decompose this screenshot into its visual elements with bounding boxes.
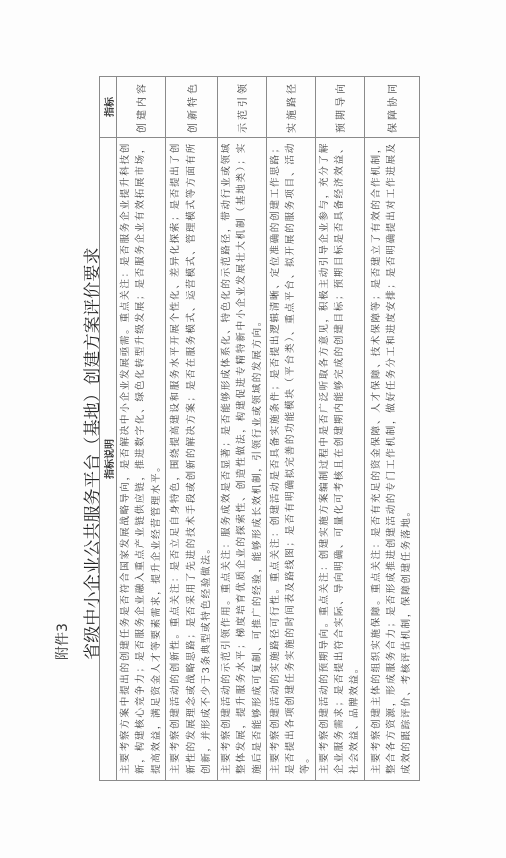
attachment-label: 附件3 (52, 623, 72, 660)
document-page: 附件3 省级中小企业公共服务平台（基地）创建方案评价要求 指标说明 指标 主要考… (0, 0, 506, 858)
row-description: 主要考察方案中提出的创建任务是否符合国家发展战略导向，是否解决中小企业发展亟需。… (117, 138, 166, 781)
row-indicator: 保障协同 (364, 77, 419, 138)
header-indicator: 指标 (100, 77, 117, 138)
row-indicator: 预期导向 (315, 77, 364, 138)
row-description: 主要考察创建主体的组织实施保障。重点关注：是否有充足的资金保障、人才保障、技术保… (364, 138, 419, 781)
table-row: 主要考察创建活动的创新性。重点关注：是否立足自身特色，围绕提高建设和服务水平开展… (165, 77, 217, 781)
table-header-row: 指标说明 指标 (100, 77, 117, 781)
header-description: 指标说明 (100, 138, 117, 781)
row-description: 主要考察创建活动的预期导向。重点关注：创建实施方案编制过程中是否广泛听取各方意见… (315, 138, 364, 781)
evaluation-criteria-table: 指标说明 指标 主要考察方案中提出的创建任务是否符合国家发展战略导向，是否解决中… (99, 76, 420, 781)
table-row: 主要考察创建主体的组织实施保障。重点关注：是否有充足的资金保障、人才保障、技术保… (364, 77, 419, 781)
table-row: 主要考察方案中提出的创建任务是否符合国家发展战略导向，是否解决中小企业发展亟需。… (117, 77, 166, 781)
row-indicator: 实施路径 (266, 77, 315, 138)
row-indicator: 创新特色 (165, 77, 217, 138)
table-row: 主要考察创建活动的实施路径可行性。重点关注：创建活动是否具备实施条件；是否提出逻… (266, 77, 315, 781)
row-description: 主要考察创建活动的示范引领作用。重点关注：服务成效是否显著；是否能够形成体系化、… (217, 138, 266, 781)
row-description: 主要考察创建活动的实施路径可行性。重点关注：创建活动是否具备实施条件；是否提出逻… (266, 138, 315, 781)
table-row: 主要考察创建活动的预期导向。重点关注：创建实施方案编制过程中是否广泛听取各方意见… (315, 77, 364, 781)
row-indicator: 创建内容 (117, 77, 166, 138)
table-row: 主要考察创建活动的示范引领作用。重点关注：服务成效是否显著；是否能够形成体系化、… (217, 77, 266, 781)
row-description: 主要考察创建活动的创新性。重点关注：是否立足自身特色，围绕提高建设和服务水平开展… (165, 138, 217, 781)
row-indicator: 示范引领 (217, 77, 266, 138)
